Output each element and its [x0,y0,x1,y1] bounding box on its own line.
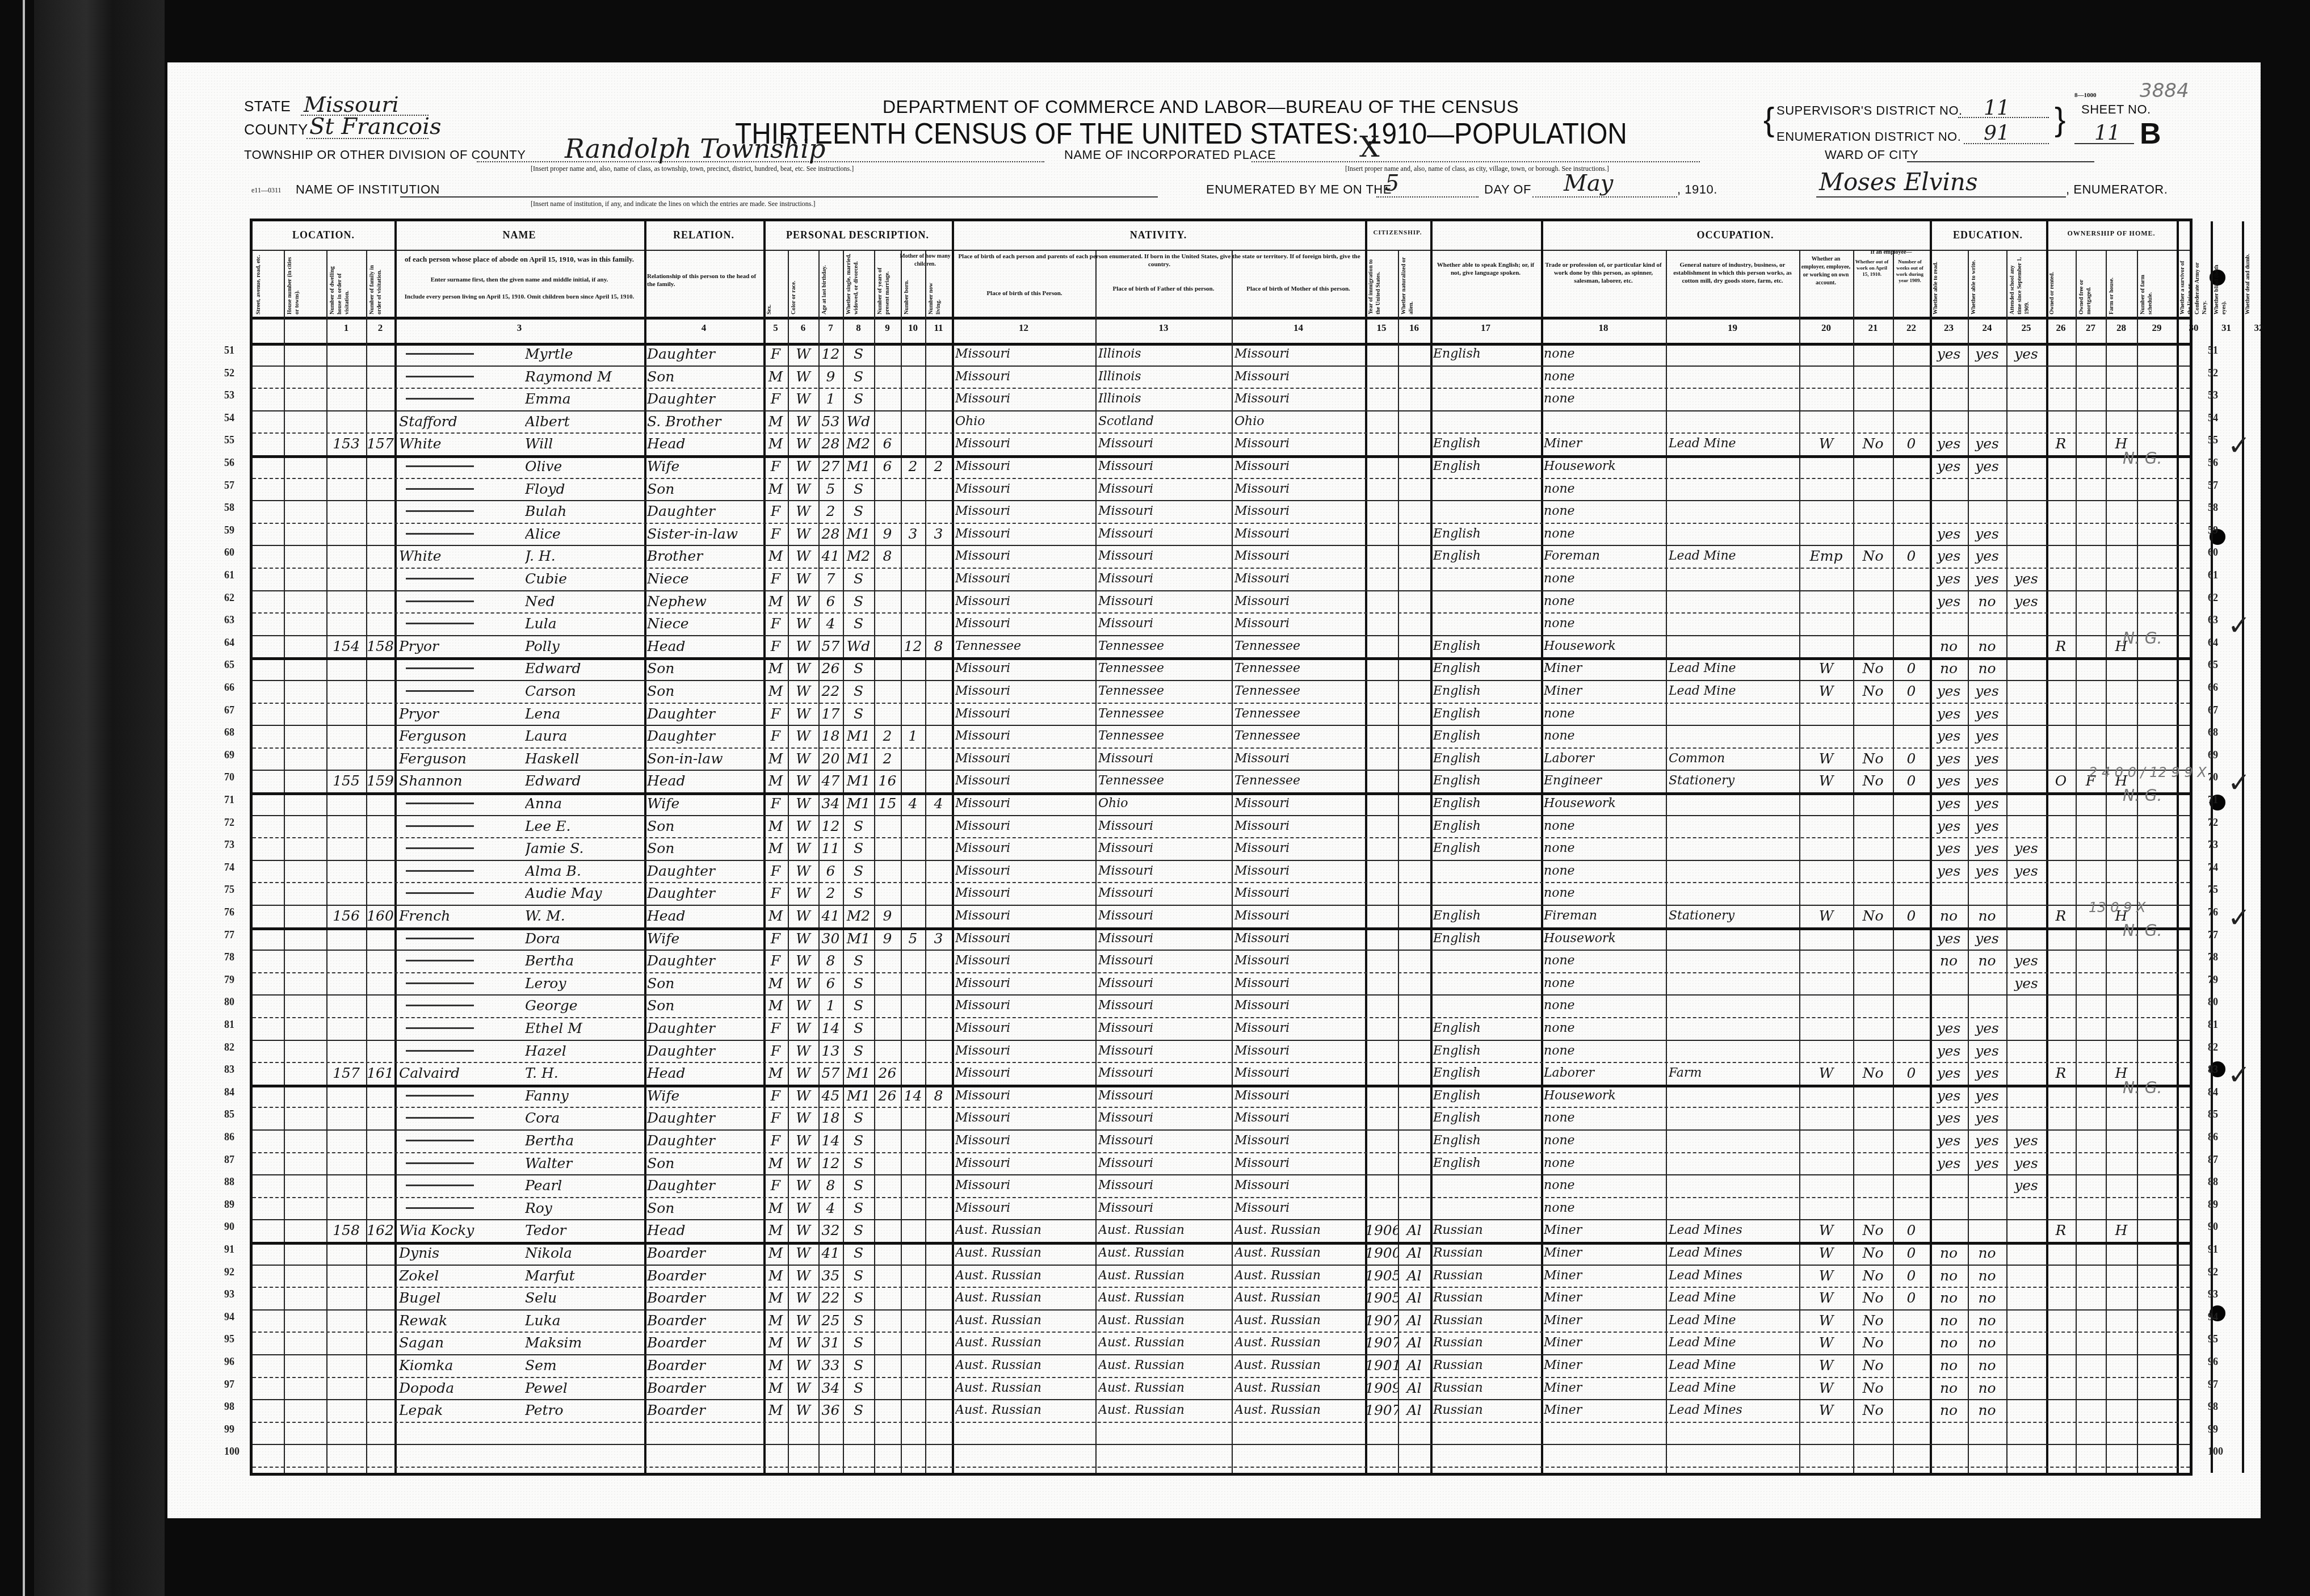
column-number: 26 [2046,322,2076,334]
cell-marital-status: M1 [843,929,874,949]
cell-years-married [874,658,901,679]
cell-mother-birthplace [1234,1445,1365,1465]
cell-marital-status: M2 [843,434,874,454]
department-heading: DEPARTMENT OF COMMERCE AND LABOR—BUREAU … [883,96,1519,117]
line-number-right: 83 [2208,1064,2218,1076]
cell-color: W [788,1131,818,1151]
cell-farm-schedule [2137,1108,2177,1128]
cell-attended-school [2006,1355,2046,1376]
cell-industry [1669,704,1799,724]
cell-language [1433,1423,1541,1443]
cell-can-read: yes [1930,546,1968,566]
cell-children-born [901,658,925,679]
cell-relationship: Daughter [647,861,763,881]
name-description: of each person whose place of abode on A… [400,255,639,263]
line-number-left: 67 [224,704,234,716]
header-sex: Sex. [766,253,786,314]
cell-color: W [788,501,818,522]
cell-surname [399,973,524,994]
cell-can-write: yes [1968,569,2006,589]
cell-naturalization [1398,1086,1430,1106]
cell-attended-school: yes [2006,1153,2046,1174]
cell-can-write: yes [1968,726,2006,746]
cell-given-name: Ned [525,591,644,612]
cell-family-number [366,411,394,432]
cell-years-married [874,996,901,1016]
cell-immigration-year [1365,1018,1398,1039]
cell-color: W [788,636,818,657]
cell-color: W [788,973,818,994]
cell-attended-school [2006,636,2046,657]
cell-color: W [788,367,818,387]
name-instruction-1: Enter surname first, then the given name… [400,276,639,284]
cell-employer-status [1799,973,1853,994]
cell-birthplace: Missouri [955,726,1095,746]
cell-children-born [901,1333,925,1353]
cell-sex: M [763,749,788,769]
cell-color: W [788,614,818,634]
cell-can-read [1930,479,1968,499]
cell-owned-rented [2046,591,2076,612]
cell-attended-school [2006,479,2046,499]
cell-children-living [925,906,952,926]
cell-attended-school [2006,1400,2046,1421]
cell-children-living [925,591,952,612]
line-number-right: 96 [2208,1356,2218,1368]
cell-free-mortgaged [2076,636,2106,657]
line-number-left: 52 [224,367,234,379]
cell-children-born [901,1018,925,1039]
cell-out-of-work [1853,1018,1893,1039]
cell-children-born [901,411,925,432]
cell-birthplace: Aust. Russian [955,1355,1095,1376]
header-free: Owned free or mortgaged. [2078,253,2103,314]
cell-sex: F [763,793,788,814]
township-note: [Insert proper name and, also, name of c… [531,165,854,173]
cell-farm-house [2106,726,2137,746]
cell-weeks-out [1893,501,1930,522]
cell-marital-status: S [843,344,874,364]
cell-industry: Stationery [1669,771,1799,791]
cell-relationship: Head [647,906,763,926]
cell-trade: Housework [1544,456,1666,477]
cell-children-living [925,816,952,837]
column-number: 3 [394,322,644,334]
cell-father-birthplace: Missouri [1098,861,1232,881]
cell-free-mortgaged [2076,793,2106,814]
line-number-left: 72 [224,817,234,829]
cell-sex: F [763,614,788,634]
line-number-right: 91 [2208,1244,2218,1255]
line-number-right: 67 [2208,704,2218,716]
cell-father-birthplace: Missouri [1098,456,1232,477]
cell-mother-birthplace: Missouri [1234,1198,1365,1219]
cell-age: 41 [818,1243,843,1263]
cell-employer-status [1799,1423,1853,1443]
cell-employer-status: W [1799,1063,1853,1083]
cell-birthplace: Missouri [955,906,1095,926]
cell-given-name: Haskell [525,749,644,769]
cell-family-number [366,591,394,612]
cell-family-number [366,838,394,859]
cell-trade: Laborer [1544,1063,1666,1083]
cell-children-living [925,1423,952,1443]
cell-marital-status: M1 [843,793,874,814]
cell-out-of-work [1853,591,1893,612]
cell-naturalization: Al [1398,1355,1430,1376]
cell-given-name: Pearl [525,1175,644,1196]
header-owned: Owned or rented. [2048,253,2073,314]
cell-children-living [925,883,952,904]
cell-dwelling-number [326,367,366,387]
cell-employer-status [1799,1108,1853,1128]
cell-immigration-year [1365,1063,1398,1083]
cell-sex: M [763,1198,788,1219]
cell-relationship: Niece [647,614,763,634]
cell-age: 1 [818,389,843,409]
cell-age: 57 [818,636,843,657]
cell-attended-school [2006,367,2046,387]
cell-children-living [925,569,952,589]
cell-children-born [901,883,925,904]
cell-immigration-year [1365,973,1398,994]
cell-sex: F [763,1108,788,1128]
cell-free-mortgaged [2076,996,2106,1016]
cell-can-write: yes [1968,434,2006,454]
cell-birthplace: Missouri [955,1086,1095,1106]
cell-marital-status: S [843,1153,874,1174]
header-veteran: Whether a survivor of the Union or Confe… [2179,253,2208,314]
cell-marital-status: S [843,1018,874,1039]
cell-mother-birthplace: Aust. Russian [1234,1288,1365,1308]
cell-children-born [901,569,925,589]
cell-industry: Lead Mine [1669,658,1799,679]
cell-surname [399,951,524,971]
cell-language: English [1433,771,1541,791]
cell-owned-rented [2046,1086,2076,1106]
cell-attended-school: yes [2006,861,2046,881]
cell-immigration-year [1365,838,1398,859]
cell-dwelling-number: 153 [326,434,366,454]
cell-owned-rented [2046,1153,2076,1174]
cell-owned-rented [2046,861,2076,881]
cell-relationship: Daughter [647,726,763,746]
cell-trade: none [1544,1153,1666,1174]
cell-immigration-year [1365,636,1398,657]
cell-mother-birthplace: Missouri [1234,569,1365,589]
line-number-left: 64 [224,637,234,649]
cell-family-number [366,1131,394,1151]
cell-weeks-out: 0 [1893,658,1930,679]
cell-out-of-work [1853,367,1893,387]
cell-weeks-out: 0 [1893,1243,1930,1263]
cell-age: 7 [818,569,843,589]
cell-weeks-out [1893,1153,1930,1174]
cell-naturalization [1398,973,1430,994]
header-born: Number born. [903,278,923,314]
header-blind: Whether blind (both eyes). [2213,253,2240,314]
column-number: 7 [818,322,843,334]
cell-language [1433,367,1541,387]
cell-can-read: no [1930,1288,1968,1308]
cell-can-read [1930,1220,1968,1241]
group-location: LOCATION. [253,229,394,241]
cell-trade: none [1544,996,1666,1016]
cell-owned-rented [2046,929,2076,949]
cell-immigration-year [1365,1041,1398,1061]
cell-weeks-out [1893,614,1930,634]
cell-father-birthplace: Missouri [1098,996,1232,1016]
cell-marital-status: S [843,861,874,881]
cell-can-write: yes [1968,456,2006,477]
table-row: AliceSister-in-lawFW28M1933MissouriMisso… [253,523,2190,545]
line-number-left: 82 [224,1041,234,1053]
line-number-left: 91 [224,1244,234,1255]
cell-industry [1669,1108,1799,1128]
cell-marital-status: S [843,996,874,1016]
cell-age: 17 [818,704,843,724]
cell-employer-status [1799,344,1853,364]
line-number-left: 51 [224,345,234,356]
cell-farm-house [2106,838,2137,859]
cell-weeks-out [1893,996,1930,1016]
cell-children-living: 3 [925,524,952,544]
cell-language [1433,883,1541,904]
cell-trade: none [1544,1131,1666,1151]
cell-age: 11 [818,838,843,859]
cell-naturalization [1398,614,1430,634]
cell-industry: Lead Mines [1669,1266,1799,1286]
cell-family-number [366,367,394,387]
cell-can-read: no [1930,636,1968,657]
cell-industry: Lead Mine [1669,1333,1799,1353]
cell-years-married: 9 [874,906,901,926]
cell-employer-status: W [1799,1311,1853,1331]
cell-age: 2 [818,501,843,522]
cell-language [1433,479,1541,499]
line-number-right: 95 [2208,1333,2218,1345]
cell-color [788,1445,818,1465]
cell-sex: F [763,951,788,971]
cell-farm-schedule [2137,389,2177,409]
cell-industry [1669,1041,1799,1061]
cell-years-married: 6 [874,434,901,454]
cell-farm-house [2106,1266,2137,1286]
table-row: HazelDaughterFW13SMissouriMissouriMissou… [253,1040,2190,1062]
line-number-left: 88 [224,1176,234,1188]
cell-children-born [901,614,925,634]
cell-attended-school [2006,1198,2046,1219]
cell-years-married [874,389,901,409]
cell-children-born: 12 [901,636,925,657]
cell-language [1433,861,1541,881]
cell-age: 45 [818,1086,843,1106]
cell-trade: Foreman [1544,546,1666,566]
cell-marital-status: S [843,658,874,679]
line-number-left: 59 [224,524,234,536]
cell-sex: M [763,771,788,791]
cell-language: English [1433,1063,1541,1083]
cell-family-number [366,1423,394,1443]
cell-surname: Lepak [399,1400,524,1421]
cell-attended-school [2006,434,2046,454]
cell-family-number: 158 [366,636,394,657]
table-row: KiomkaSemBoarderMW33SAust. RussianAust. … [253,1354,2190,1377]
day-of-label: day of [1484,182,1531,197]
cell-surname: Pryor [399,704,524,724]
cell-farm-schedule [2137,501,2177,522]
cell-children-born [901,389,925,409]
cell-children-living [925,1063,952,1083]
cell-language: English [1433,838,1541,859]
cell-attended-school [2006,996,2046,1016]
cell-farm-house [2106,951,2137,971]
cell-can-read: yes [1930,344,1968,364]
checkmark-icon: ✓ [2228,430,2250,461]
line-number-left: 57 [224,480,234,492]
cell-sex: F [763,1175,788,1196]
cell-family-number [366,1445,394,1465]
cell-marital-status: S [843,1266,874,1286]
cell-out-of-work: No [1853,434,1893,454]
cell-employer-status [1799,951,1853,971]
ng-annotation: N. G. [2123,786,2162,805]
cell-father-birthplace: Ohio [1098,793,1232,814]
cell-employer-status: W [1799,1288,1853,1308]
cell-sex: M [763,973,788,994]
line-number-right: 63 [2208,614,2218,626]
column-number: 22 [1893,322,1930,334]
cell-children-born [901,681,925,702]
cell-children-living [925,1041,952,1061]
cell-dwelling-number [326,816,366,837]
cell-given-name: Roy [525,1198,644,1219]
line-number-left: 65 [224,659,234,671]
cell-marital-status: S [843,681,874,702]
cell-naturalization [1398,344,1430,364]
cell-farm-house [2106,1400,2137,1421]
cell-father-birthplace: Missouri [1098,883,1232,904]
cell-years-married [874,704,901,724]
cell-children-born: 2 [901,456,925,477]
cell-given-name: Lee E. [525,816,644,837]
cell-mother-birthplace: Tennessee [1234,681,1365,702]
cell-immigration-year [1365,951,1398,971]
cell-language: English [1433,929,1541,949]
cell-weeks-out [1893,1400,1930,1421]
cell-birthplace: Missouri [955,704,1095,724]
cell-naturalization [1398,749,1430,769]
cell-free-mortgaged [2076,1063,2106,1083]
line-number-left: 84 [224,1086,234,1098]
cell-family-number [366,1153,394,1174]
cell-marital-status: S [843,816,874,837]
cell-language: Russian [1433,1400,1541,1421]
cell-sex: F [763,501,788,522]
cell-age: 4 [818,1198,843,1219]
header-farm: Farm or house. [2108,253,2135,314]
enumerated-label: Enumerated by me on the [1206,182,1392,197]
cell-owned-rented [2046,726,2076,746]
cell-farm-schedule [2137,838,2177,859]
cell-naturalization [1398,951,1430,971]
cell-out-of-work [1853,636,1893,657]
cell-children-living [925,1018,952,1039]
cell-mother-birthplace: Missouri [1234,951,1365,971]
cell-naturalization: Al [1398,1311,1430,1331]
cell-marital-status: S [843,1333,874,1353]
cell-surname [399,929,524,949]
cell-surname [399,344,524,364]
cell-surname [399,1445,524,1465]
line-number-right: 79 [2208,974,2218,986]
cell-birthplace: Missouri [955,524,1095,544]
cell-children-living [925,1378,952,1398]
cell-can-read [1930,973,1968,994]
county-value: St Francois [309,114,441,140]
cell-free-mortgaged [2076,704,2106,724]
cell-owned-rented [2046,749,2076,769]
cell-children-living [925,838,952,859]
cell-surname [399,569,524,589]
cell-can-write [1968,1445,2006,1465]
cell-color: W [788,344,818,364]
cell-birthplace: Missouri [955,1041,1095,1061]
cell-dwelling-number [326,1378,366,1398]
cell-can-write: no [1968,1378,2006,1398]
cell-owned-rented [2046,614,2076,634]
cell-children-living [925,1108,952,1128]
cell-immigration-year [1365,883,1398,904]
cell-can-read: no [1930,1378,1968,1398]
cell-can-write [1968,1175,2006,1196]
table-row: BulahDaughterFW2SMissouriMissouriMissour… [253,500,2190,523]
cell-attended-school [2006,681,2046,702]
line-number-right: 54 [2208,412,2218,424]
checkmark-icon: ✓ [2228,902,2250,934]
cell-children-living [925,1175,952,1196]
cell-dwelling-number [326,704,366,724]
cell-father-birthplace: Missouri [1098,479,1232,499]
column-number: 20 [1799,322,1853,334]
cell-father-birthplace: Missouri [1098,1198,1232,1219]
cell-sex: M [763,1288,788,1308]
column-number: 15 [1365,322,1398,334]
cell-age: 31 [818,1333,843,1353]
cell-language: English [1433,1108,1541,1128]
cell-farm-schedule [2137,1423,2177,1443]
cell-dwelling-number [326,389,366,409]
cell-years-married [874,1108,901,1128]
table-row: BugelSeluBoarderMW22SAust. RussianAust. … [253,1287,2190,1309]
cell-can-write: yes [1968,1063,2006,1083]
cell-attended-school [2006,726,2046,746]
cell-mother-birthplace: Tennessee [1234,771,1365,791]
cell-can-write: no [1968,1288,2006,1308]
cell-out-of-work: No [1853,1063,1893,1083]
cell-farm-house [2106,973,2137,994]
cell-owned-rented [2046,569,2076,589]
cell-dwelling-number [326,1355,366,1376]
cell-given-name [525,1445,644,1465]
cell-sex: F [763,929,788,949]
cell-language [1433,591,1541,612]
group-nativity: NATIVITY. [952,229,1365,241]
cell-language: Russian [1433,1355,1541,1376]
cell-naturalization [1398,1445,1430,1465]
cell-industry [1669,816,1799,837]
cell-birthplace: Aust. Russian [955,1266,1095,1286]
